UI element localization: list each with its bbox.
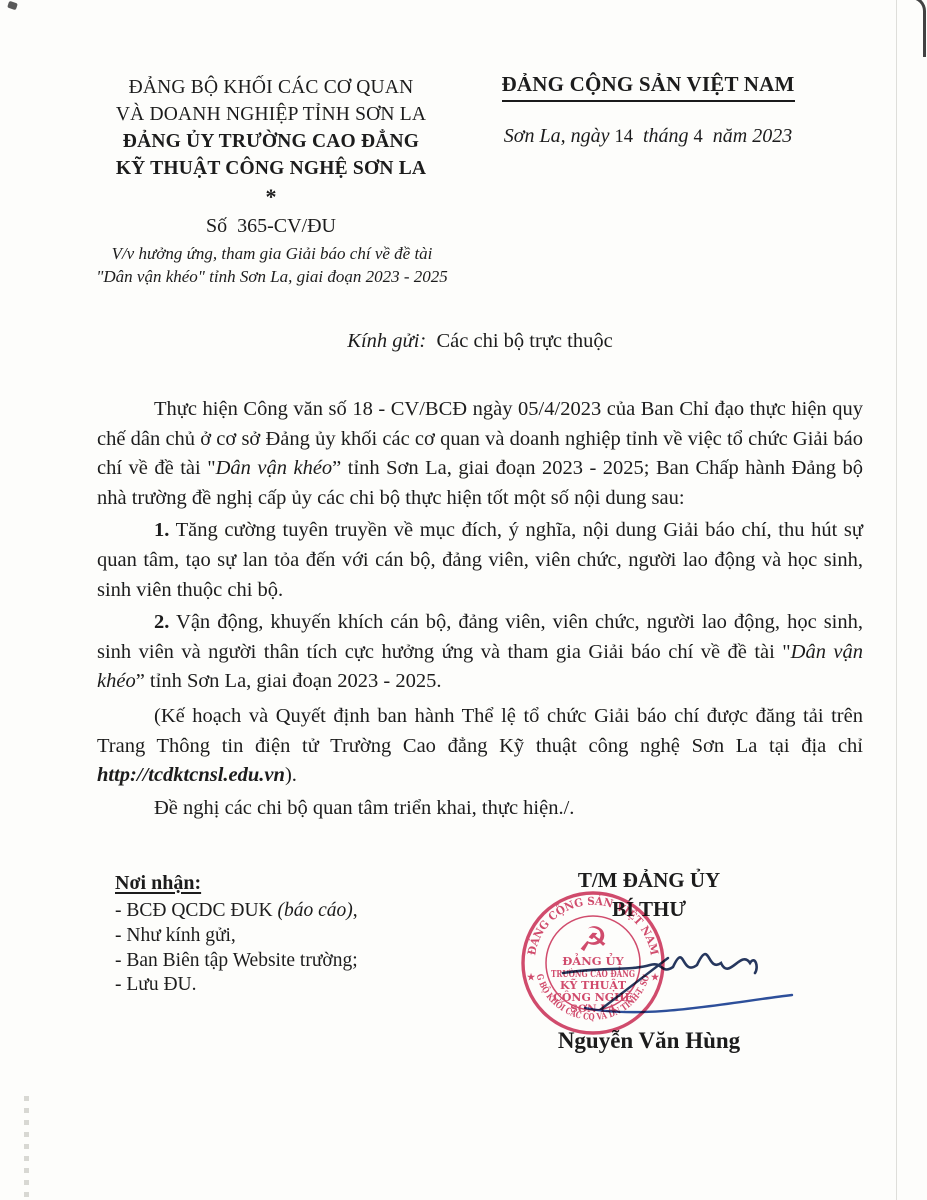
document-body: Kính gửi: Các chi bộ trực thuộc Thực hiệ… <box>97 330 863 826</box>
org-name-line2: KỸ THUẬT CÔNG NGHỆ SƠN LA <box>80 155 462 182</box>
scanned-document-page: ĐẢNG BỘ KHỐI CÁC CƠ QUAN VÀ DOANH NGHIỆP… <box>0 0 927 1200</box>
note-text-end: ). <box>285 764 297 786</box>
recipient-1-punct: , <box>353 900 358 921</box>
org-parent-line1: ĐẢNG BỘ KHỐI CÁC CƠ QUAN <box>80 74 462 101</box>
salutation-label: Kính gửi: <box>347 330 426 352</box>
handwritten-signature <box>545 915 815 1025</box>
recipients-title: Nơi nhận: <box>115 872 358 895</box>
date-month: 4 <box>694 127 703 147</box>
recipient-item: - Như kính gửi, <box>115 924 358 949</box>
date-day: 14 <box>614 127 633 147</box>
date-prefix: Sơn La, ngày <box>504 125 615 147</box>
org-parent-line2: VÀ DOANH NGHIỆP TỈNH SƠN LA <box>80 101 462 128</box>
salutation-line: Kính gửi: Các chi bộ trực thuộc <box>97 330 863 353</box>
scan-artifact-corner <box>901 0 926 57</box>
scan-page-edge-line <box>896 0 897 1200</box>
subject-line2: "Dân vận khéo" tỉnh Sơn La, giai đoạn 20… <box>62 266 482 289</box>
p1-quoted-term: Dân vận khéo <box>216 457 333 479</box>
subject-line1: V/v hưởng ứng, tham gia Giải báo chí về … <box>62 243 482 266</box>
document-number: Số 365-CV/ĐU <box>80 214 462 238</box>
place-date-line: Sơn La, ngày 14 tháng 4 năm 2023 <box>478 125 818 148</box>
national-header-block: ĐẢNG CỘNG SẢN VIỆT NAM Sơn La, ngày 14 t… <box>478 72 818 148</box>
date-tail: năm 2023 <box>703 125 792 147</box>
national-motto: ĐẢNG CỘNG SẢN VIỆT NAM <box>502 72 795 102</box>
item2-number: 2. <box>154 611 169 633</box>
recipient-1-text: - BCĐ QCDC ĐUK <box>115 900 278 921</box>
website-url: http://tcdktcnsl.edu.vn <box>97 764 285 786</box>
salutation-gap <box>426 330 436 352</box>
salutation-value: Các chi bộ trực thuộc <box>437 330 613 352</box>
date-mid: tháng <box>633 125 694 147</box>
recipient-1-note: (báo cáo) <box>278 900 353 921</box>
note-text: (Kế hoạch và Quyết định ban hành Thể lệ … <box>97 705 863 757</box>
scan-perforation-marks <box>24 1096 29 1198</box>
recipients-block: Nơi nhận: - BCĐ QCDC ĐUK (báo cáo), - Nh… <box>115 872 358 998</box>
item1-number: 1. <box>154 519 169 541</box>
stamp-star-left-icon: ★ <box>527 972 536 983</box>
item2-text: Vận động, khuyến khích cán bộ, đảng viên… <box>97 611 863 663</box>
document-subject: V/v hưởng ứng, tham gia Giải báo chí về … <box>62 243 482 288</box>
org-separator-star: * <box>80 188 462 206</box>
body-item-1: 1. Tăng cường tuyên truyền về mục đích, … <box>97 516 863 605</box>
signature-diagonal-stroke <box>600 958 668 1010</box>
body-closing-line: Đề nghị các chi bộ quan tâm triển khai, … <box>97 794 863 824</box>
body-item-2: 2. Vận động, khuyến khích cán bộ, đảng v… <box>97 608 863 697</box>
recipient-item: - Ban Biên tập Website trường; <box>115 949 358 974</box>
item2-text-cont: ” tỉnh Sơn La, giai đoạn 2023 - 2025. <box>136 670 442 692</box>
scan-artifact-top-left <box>7 1 18 10</box>
item1-text: Tăng cường tuyên truyền về mục đích, ý n… <box>97 519 863 600</box>
issuing-org-block: ĐẢNG BỘ KHỐI CÁC CƠ QUAN VÀ DOANH NGHIỆP… <box>80 74 462 288</box>
body-paragraph-note: (Kế hoạch và Quyết định ban hành Thể lệ … <box>97 702 863 791</box>
recipient-item: - BCĐ QCDC ĐUK (báo cáo), <box>115 899 358 924</box>
recipient-item: - Lưu ĐU. <box>115 973 358 998</box>
body-paragraph-1: Thực hiện Công văn số 18 - CV/BCĐ ngày 0… <box>97 395 863 513</box>
org-name-line1: ĐẢNG ỦY TRƯỜNG CAO ĐẲNG <box>80 128 462 155</box>
